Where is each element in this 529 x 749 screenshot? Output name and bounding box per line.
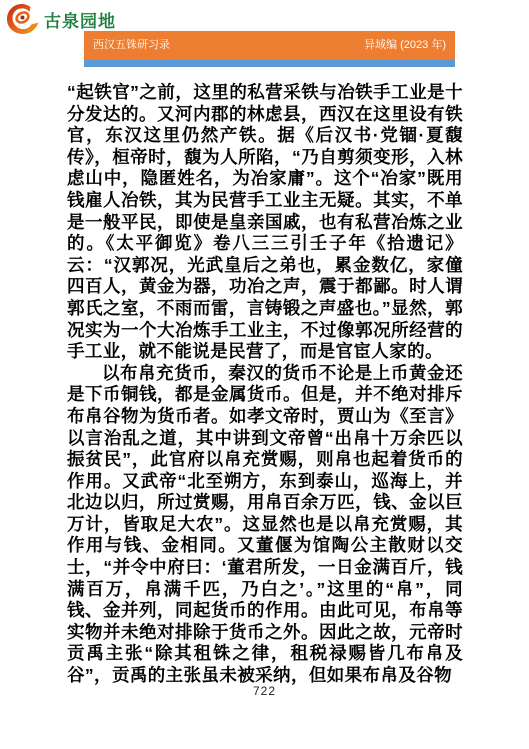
coin-swirl-icon [6, 3, 40, 35]
document-body: “起铁官”之前，这里的私营采铁与冶铁手工业是十分发达的。又河内郡的林虑县，西汉在… [67, 82, 463, 687]
title-banner: 西汉五铢研习录 异域编 (2023 年) [84, 31, 455, 60]
banner-book-title: 西汉五铢研习录 [93, 40, 170, 51]
banner-volume-label: 异域编 (2023 年) [364, 40, 446, 51]
banner-blue-strip [84, 60, 455, 67]
document-page: { "header": { "logo": { "text": "古泉园地", … [0, 0, 529, 749]
paragraph-cloth-currency: 以布帛充货币，秦汉的货币不论是上币黄金还是下币铜钱，都是金属货币。但是，并不绝对… [67, 363, 463, 687]
page-number: 722 [0, 684, 529, 698]
logo-text: 古泉园地 [44, 7, 116, 32]
paragraph-iron-officials: “起铁官”之前，这里的私营采铁与冶铁手工业是十分发达的。又河内郡的林虑县，西汉在… [67, 82, 463, 363]
